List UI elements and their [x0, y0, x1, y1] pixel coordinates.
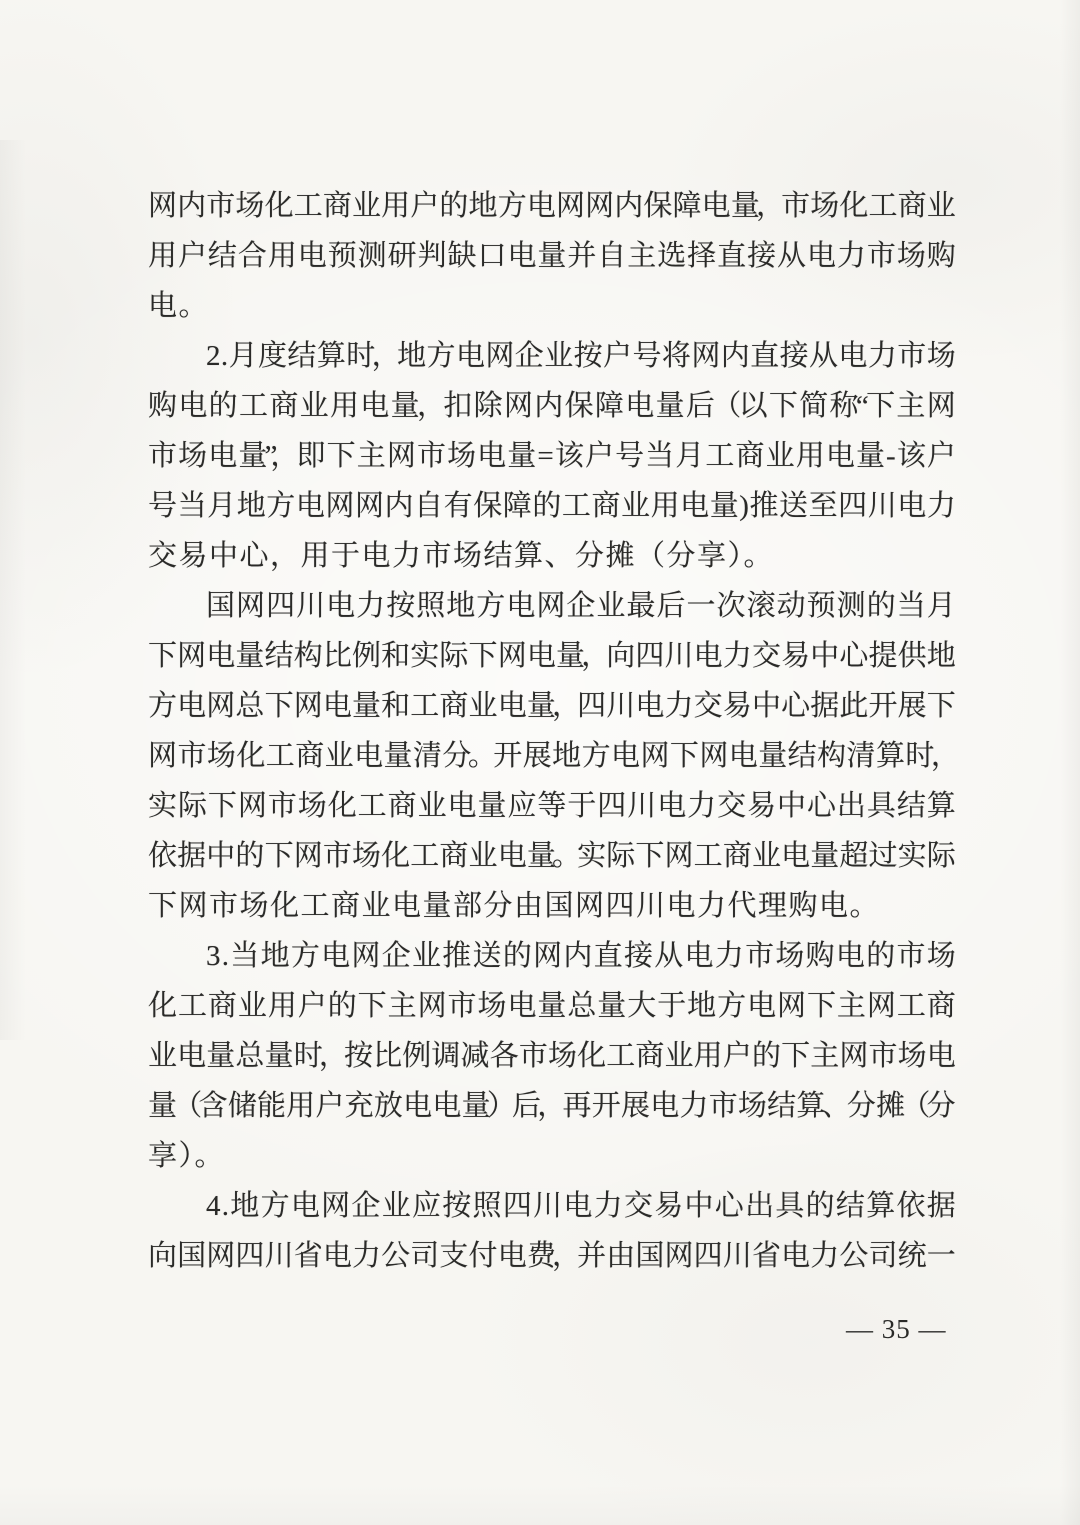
text-line: 下网市场化工商业电量部分由国网四川电力代理购电。	[148, 881, 956, 931]
document-body: 网内市场化工商业用户的地方电网网内保障电量，市场化工商业用户结合用电预测研判缺口…	[148, 181, 956, 1281]
scan-smudge-bottom	[0, 1485, 1080, 1525]
text-line: 购电的工商业用电量，扣除网内保障电量后（以下简称“下主网	[148, 381, 956, 431]
text-line: 市场电量”，即下主网市场电量=该户号当月工商业用电量-该户	[148, 431, 956, 481]
text-line: 方电网总下网电量和工商业电量，四川电力交易中心据此开展下	[148, 681, 956, 731]
text-line: 网内市场化工商业用户的地方电网网内保障电量，市场化工商业	[148, 181, 956, 231]
text-line: 量（含储能用户充放电电量）后，再开展电力市场结算、分摊（分	[148, 1081, 956, 1131]
text-line: 用户结合用电预测研判缺口电量并自主选择直接从电力市场购	[148, 231, 956, 281]
text-line: 4.地方电网企业应按照四川电力交易中心出具的结算依据	[148, 1181, 956, 1231]
text-line: 享）。	[148, 1131, 956, 1181]
scan-smudge-right	[1060, 0, 1080, 1525]
text-line: 交易中心，用于电力市场结算、分摊（分享）。	[148, 531, 956, 581]
scan-smudge-left	[0, 140, 26, 1040]
text-line: 3.当地方电网企业推送的网内直接从电力市场购电的市场	[148, 931, 956, 981]
scanned-page: 网内市场化工商业用户的地方电网网内保障电量，市场化工商业用户结合用电预测研判缺口…	[0, 0, 1080, 1525]
text-line: 下网电量结构比例和实际下网电量，向四川电力交易中心提供地	[148, 631, 956, 681]
page-number: — 35 —	[846, 1308, 976, 1350]
text-line: 依据中的下网市场化工商业电量。实际下网工商业电量超过实际	[148, 831, 956, 881]
text-line: 化工商业用户的下主网市场电量总量大于地方电网下主网工商	[148, 981, 956, 1031]
text-line: 实际下网市场化工商业电量应等于四川电力交易中心出具结算	[148, 781, 956, 831]
text-line: 向国网四川省电力公司支付电费，并由国网四川省电力公司统一	[148, 1231, 956, 1281]
text-line: 业电量总量时，按比例调减各市场化工商业用户的下主网市场电	[148, 1031, 956, 1081]
text-line: 号当月地方电网网内自有保障的工商业用电量)推送至四川电力	[148, 481, 956, 531]
text-line: 网市场化工商业电量清分。开展地方电网下网电量结构清算时，	[148, 731, 956, 781]
text-line: 国网四川电力按照地方电网企业最后一次滚动预测的当月	[148, 581, 956, 631]
text-line: 2.月度结算时，地方电网企业按户号将网内直接从电力市场	[148, 331, 956, 381]
text-line: 电。	[148, 281, 956, 331]
